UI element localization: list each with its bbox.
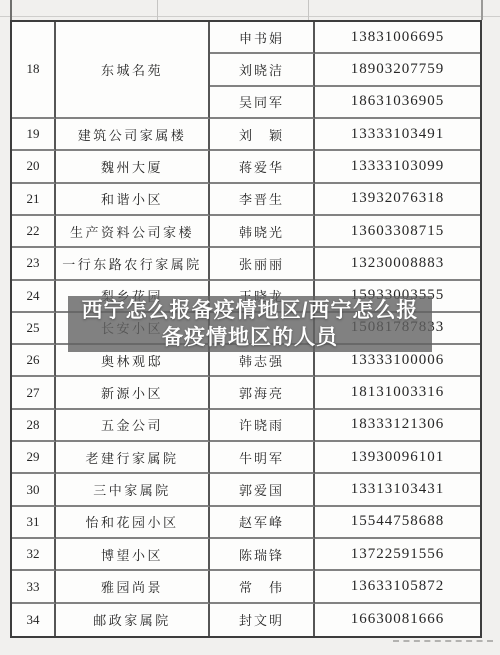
row-number-cell: 20 [12,151,56,183]
phone-cell: 18131003316 [315,377,480,409]
table-border-stub [10,0,12,20]
community-cell: 生产资料公司家楼 [56,216,210,248]
table-border-stub [481,0,483,20]
community-cell: 魏州大厦 [56,151,210,183]
contact-name-cell: 郭爱国 [210,474,315,506]
title-line-2: 备疫情地区的人员 [162,324,338,351]
phone-cell: 15544758688 [315,507,480,539]
phone-cell: 13633105872 [315,571,480,603]
phone-cell: 13230008883 [315,248,480,280]
community-cell: 东城名苑 [56,22,210,119]
community-cell: 新源小区 [56,377,210,409]
contact-name-cell: 牛明军 [210,442,315,474]
community-cell: 一行东路农行家属院 [56,248,210,280]
contact-name-cell: 郭海亮 [210,377,315,409]
row-number-cell: 27 [12,377,56,409]
community-cell: 雅园尚景 [56,571,210,603]
community-cell: 建筑公司家属楼 [56,119,210,151]
contact-name-cell: 封文明 [210,604,315,636]
contact-name-cell: 李晋生 [210,184,315,216]
row-number-cell: 18 [12,22,56,119]
row-number-cell: 26 [12,345,56,377]
row-number-cell: 33 [12,571,56,603]
contact-name-cell: 刘 颖 [210,119,315,151]
phone-cell: 13313103431 [315,474,480,506]
contact-name-cell: 张丽丽 [210,248,315,280]
contact-name-cell: 韩晓光 [210,216,315,248]
phone-cell: 13932076318 [315,184,480,216]
phone-cell: 13333103099 [315,151,480,183]
table-border-stub [308,0,309,20]
row-number-cell: 28 [12,410,56,442]
contact-name-cell: 申书娟 [210,22,315,54]
title-overlay: 西宁怎么报备疫情地区/西宁怎么报 备疫情地区的人员 [68,296,432,352]
phone-cell: 13930096101 [315,442,480,474]
row-number-cell: 19 [12,119,56,151]
row-number-cell: 22 [12,216,56,248]
phone-cell: 13603308715 [315,216,480,248]
phone-cell: 13722591556 [315,539,480,571]
contact-name-cell: 吴同军 [210,87,315,119]
contact-name-cell: 常 伟 [210,571,315,603]
page-crop-line [0,16,500,17]
table-border-stub [157,0,158,20]
row-number-cell: 24 [12,281,56,313]
phone-cell: 13831006695 [315,22,480,54]
phone-cell: 13333103491 [315,119,480,151]
phone-cell: 18903207759 [315,54,480,86]
community-cell: 邮政家属院 [56,604,210,636]
row-number-cell: 23 [12,248,56,280]
row-number-cell: 34 [12,604,56,636]
contact-name-cell: 许晓雨 [210,410,315,442]
community-cell: 五金公司 [56,410,210,442]
row-number-cell: 21 [12,184,56,216]
phone-cell: 18333121306 [315,410,480,442]
phone-cell: 16630081666 [315,604,480,636]
row-number-cell: 29 [12,442,56,474]
contact-name-cell: 陈瑞锋 [210,539,315,571]
row-number-cell: 32 [12,539,56,571]
row-number-cell: 30 [12,474,56,506]
community-cell: 怡和花园小区 [56,507,210,539]
row-number-cell: 31 [12,507,56,539]
selection-dash-line [393,640,493,642]
community-cell: 博望小区 [56,539,210,571]
contact-name-cell: 刘晓洁 [210,54,315,86]
community-cell: 三中家属院 [56,474,210,506]
community-cell: 老建行家属院 [56,442,210,474]
phone-cell: 18631036905 [315,87,480,119]
contact-name-cell: 赵军峰 [210,507,315,539]
row-number-cell: 25 [12,313,56,345]
contact-name-cell: 蒋爱华 [210,151,315,183]
title-line-1: 西宁怎么报备疫情地区/西宁怎么报 [82,297,419,324]
community-cell: 和谐小区 [56,184,210,216]
